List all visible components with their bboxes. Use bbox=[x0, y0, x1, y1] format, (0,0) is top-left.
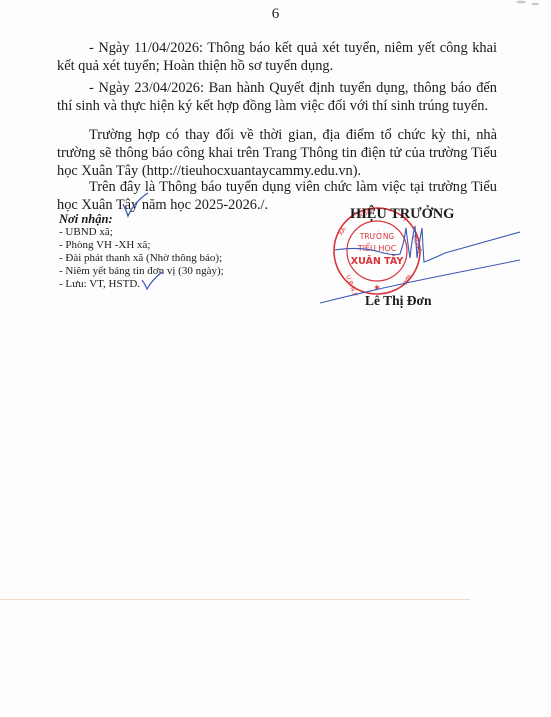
paragraph-text: Trường hợp có thay đổi về thời gian, địa… bbox=[57, 127, 497, 179]
paragraph-text: - Ngày 23/04/2026: Ban hành Quyết định t… bbox=[57, 80, 497, 114]
signer-name: Lê Thị Đơn bbox=[365, 293, 432, 309]
recipient-item: - Đài phát thanh xã (Nhờ thông báo); bbox=[59, 252, 224, 265]
paragraph-result-announcement: - Ngày 11/04/2026: Thông báo kết quả xét… bbox=[57, 39, 497, 75]
paragraph-recruitment-decision: - Ngày 23/04/2026: Ban hành Quyết định t… bbox=[57, 79, 497, 115]
recipients-title: Nơi nhận: bbox=[59, 212, 224, 226]
signature-block: TRƯỜNG TIỂU HỌC XUÂN TÂY ★ U.B.N.D XÃ XU… bbox=[320, 198, 490, 318]
recipient-item: - UBND xã; bbox=[59, 226, 224, 239]
paragraph-schedule-change: Trường hợp có thay đổi về thời gian, địa… bbox=[57, 126, 497, 180]
paragraph-text: - Ngày 11/04/2026: Thông báo kết quả xét… bbox=[57, 40, 497, 74]
page-number: 6 bbox=[0, 6, 551, 23]
recipient-item: - Phòng VH -XH xã; bbox=[59, 239, 224, 252]
document-page: 6 - Ngày 11/04/2026: Thông báo kết quả x… bbox=[0, 0, 551, 717]
checkmark-icon bbox=[140, 270, 164, 292]
scan-artifact-line bbox=[0, 599, 470, 600]
